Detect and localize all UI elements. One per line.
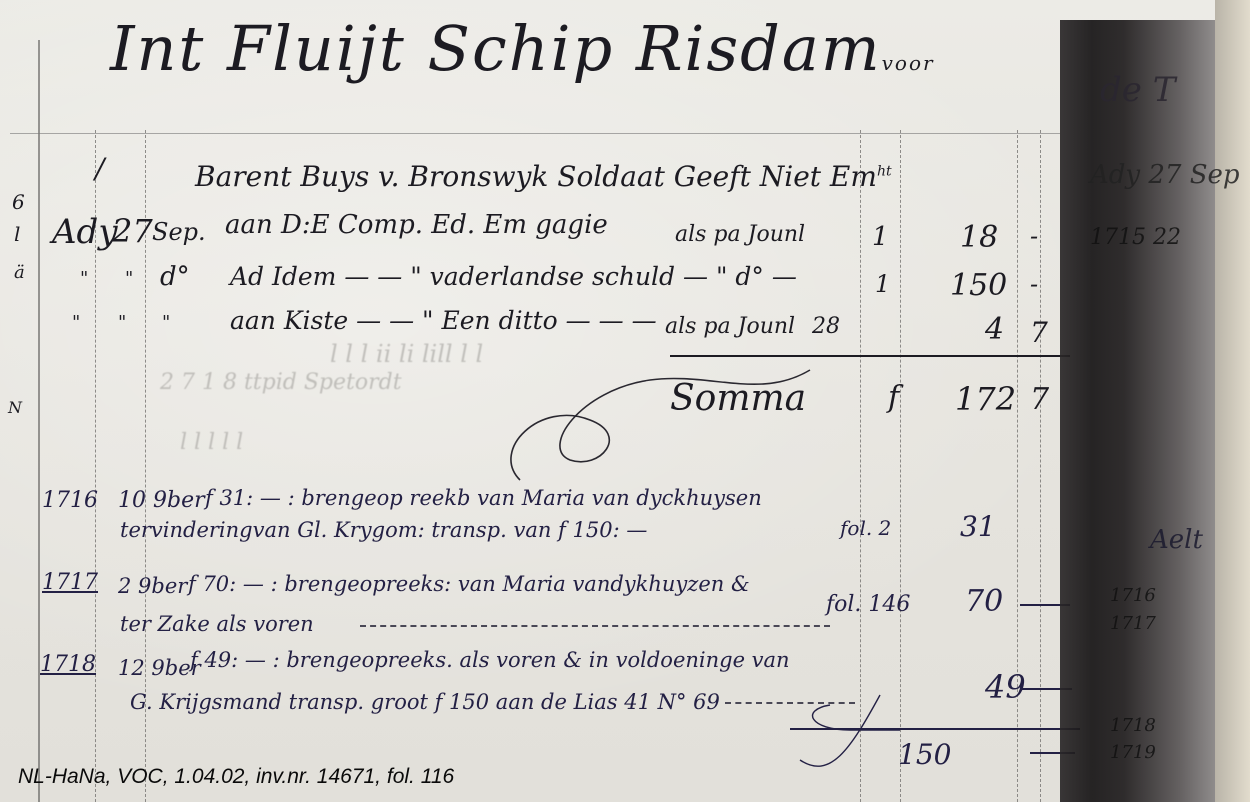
margin-mark: 6 [12, 190, 25, 214]
entry-folio: 1 [875, 270, 890, 298]
later-entry-line: G. Krijgsmand transp. groot f 150 aan de… [130, 690, 720, 714]
binding-shadow [1060, 20, 1220, 802]
entry-day: " [118, 312, 126, 333]
entry-sub: - [1030, 270, 1038, 298]
facing-page-year: 1716 [1110, 585, 1156, 606]
margin-mark: ä [14, 262, 25, 283]
summa-amount: 172 [955, 380, 1016, 418]
summa-sub: 7 [1030, 382, 1049, 417]
later-entry-date: 10 9ber [118, 488, 205, 513]
summa-currency: f [888, 380, 899, 415]
entry-amount: 4 [985, 312, 1004, 347]
margin-mark: N [8, 398, 22, 417]
later-entry-line: f 49: — : brengeopreeks. als voren & in … [190, 648, 790, 672]
facing-page-year: 1719 [1110, 742, 1156, 763]
entry-prefix: " [72, 312, 80, 333]
later-entry-folio: fol. 146 [826, 592, 910, 617]
flourish [790, 690, 930, 800]
page-edge [1215, 0, 1250, 802]
entry-prefix: Ady [52, 212, 118, 252]
facing-page-year: 1717 [1110, 613, 1156, 634]
entry-sub: - [1030, 222, 1038, 250]
facing-page-heading: de T [1100, 70, 1175, 110]
entry-amount: 18 [960, 220, 998, 255]
later-entry-amount: 31 [960, 510, 996, 543]
bleed-through-text: l l l ii li lill l l [330, 340, 483, 368]
ledger-page: l l l ii li lill l l 2 7 1 8 ttpid Speto… [0, 0, 1250, 802]
later-entry-line: f 70: — : brengeopreeks: van Maria vandy… [188, 572, 750, 596]
later-entry-year: 1718 [40, 652, 96, 677]
entry-prefix: " [80, 268, 88, 289]
entry-text: aan Kiste — — " Een ditto — — — [230, 306, 657, 335]
facing-page-names: Aelt [1150, 525, 1203, 555]
flourish [480, 340, 840, 500]
entry-month: d° [160, 262, 190, 292]
account-header: Barent Buys v. Bronswyk Soldaat Geeft Ni… [195, 160, 892, 193]
entry-folio: 28 [812, 314, 840, 339]
margin-mark: / [95, 152, 104, 185]
later-entry-date: 12 9ber [118, 656, 201, 680]
facing-page-date: Ady 27 Sep [1090, 160, 1240, 190]
entry-text: aan D:E Comp. Ed. Em gagie [225, 210, 608, 240]
column-rule [1040, 130, 1041, 802]
header-rule [10, 133, 1060, 134]
facing-page-year: 1718 [1110, 715, 1156, 736]
bleed-through-text: l l l l l [180, 430, 243, 455]
later-entry-line: ter Zake als voren [120, 612, 314, 636]
archive-citation: NL-HaNa, VOC, 1.04.02, inv.nr. 14671, fo… [18, 765, 454, 789]
entry-day: " [125, 268, 133, 289]
margin-mark: l [14, 222, 20, 246]
later-entry-amount: 49 [985, 668, 1026, 706]
entry-sub: 7 [1030, 316, 1048, 349]
later-entry-line: f 31: — : brengeop reekb van Maria van d… [205, 486, 762, 510]
entry-month: " [162, 312, 170, 333]
column-rule [38, 40, 40, 802]
entry-day: 27 [112, 212, 153, 250]
entry-amount: 150 [950, 268, 1007, 303]
entry-note: als pa Jounl [675, 222, 805, 247]
entry-folio: 1 [872, 222, 889, 252]
ledger-title: Int Fluijt Schip Risdamvoor [110, 12, 935, 85]
entry-month: Sep. [152, 218, 206, 246]
later-entry-year: 1717 [42, 570, 98, 595]
later-entry-amount: 70 [965, 584, 1003, 619]
entry-text: Ad Idem — — " vaderlandse schuld — " d° … [230, 262, 797, 291]
later-entry-year: 1716 [42, 488, 98, 513]
fill-rule [360, 625, 830, 627]
bleed-through-text: 2 7 1 8 ttpid Spetordt [160, 370, 402, 395]
later-entry-line: tervinderingvan Gl. Krygom: transp. van … [120, 518, 647, 542]
later-entry-folio: fol. 2 [840, 516, 891, 540]
later-entry-date: 2 9ber [118, 574, 187, 598]
facing-page-number: 1715 22 [1090, 225, 1181, 250]
entry-note: als pa Jounl [665, 314, 795, 339]
